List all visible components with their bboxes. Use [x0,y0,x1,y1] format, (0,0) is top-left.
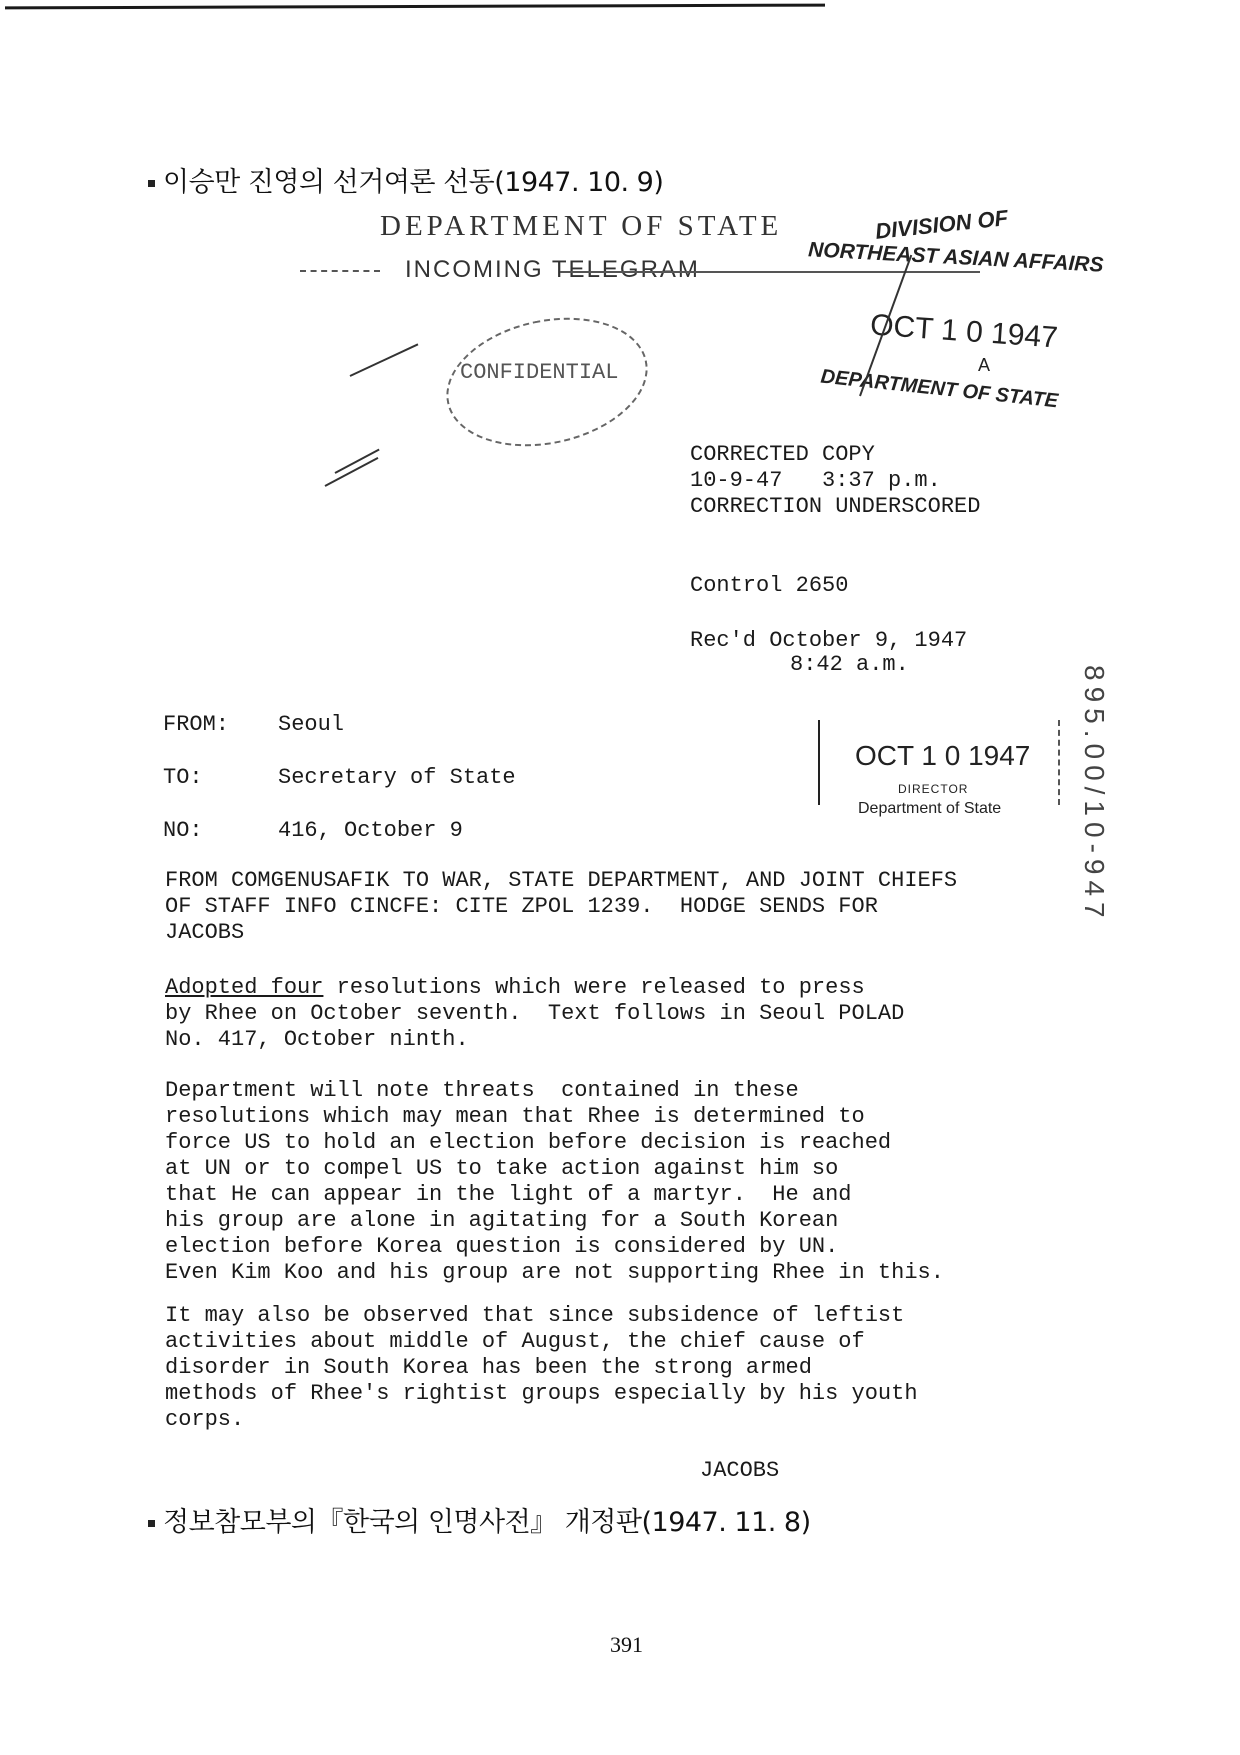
routing-line: OF STAFF INFO CINCFE: CITE ZPOL 1239. HO… [165,894,957,920]
telegram-type: INCOMING TELEGRAM [405,256,700,284]
division-stamp-line1: DIVISION OF [874,205,1009,245]
corrected-datetime-line: 10-9-47 3:37 p.m. [690,468,941,494]
paragraph-2-line: that He can appear in the light of a mar… [165,1182,1085,1208]
paragraph-2-line: force US to hold an election before deci… [165,1130,1085,1156]
header-dash-left [300,270,380,272]
paragraph-3-line: activities about middle of August, the c… [165,1329,1085,1355]
routing-block: FROM COMGENUSAFIK TO WAR, STATE DEPARTME… [165,868,957,946]
paragraph-1-line: resolutions which were released to press [323,975,864,1000]
file-number-vertical: 895.00/10-947 [1078,665,1110,924]
received-time: 8:42 a.m. [790,652,909,678]
department-header: DEPARTMENT OF STATE [380,210,782,243]
received-date: Rec'd October 9, 1947 [690,628,967,654]
to-label: TO: [163,765,203,791]
corrected-copy-line: CORRECTED COPY [690,442,875,468]
paragraph-3-line: It may also be observed that since subsi… [165,1303,1085,1329]
section-heading-top: 이승만 진영의 선거여론 선동(1947. 10. 9) [148,160,663,199]
bullet-square-icon [148,180,155,187]
paragraph-3-line: disorder in South Korea has been the str… [165,1355,1085,1381]
paragraph-2: Department will note threats contained i… [165,1078,1085,1286]
no-value: 416, October 9 [278,818,463,844]
scan-top-edge-line [5,4,825,10]
section-heading-bottom-text: 정보참모부의『한국의 인명사전』 개정판(1947. 11. 8) [163,1507,811,1538]
section-heading-bottom: 정보참모부의『한국의 인명사전』 개정판(1947. 11. 8) [148,1500,811,1539]
division-stamp-date: OCT 1 0 1947 [869,308,1059,355]
director-stamp-date: OCT 1 0 1947 [855,740,1030,772]
director-stamp-org: Department of State [858,800,1001,818]
routing-line: FROM COMGENUSAFIK TO WAR, STATE DEPARTME… [165,868,957,894]
paragraph-1-line: No. 417, October ninth. [165,1027,1085,1053]
bullet-square-icon [148,1520,155,1527]
paragraph-2-line: resolutions which may mean that Rhee is … [165,1104,1085,1130]
from-value: Seoul [278,712,344,738]
paragraph-2-line: at UN or to compel US to take action aga… [165,1156,1085,1182]
correction-underscored-text: Adopted four [165,975,323,1000]
page-number: 391 [610,1632,643,1658]
no-label: NO: [163,818,203,844]
paragraph-2-line: Department will note threats contained i… [165,1078,1085,1104]
paragraph-3: It may also be observed that since subsi… [165,1303,1085,1433]
control-number: Control 2650 [690,573,848,599]
paragraph-3-line: corps. [165,1407,1085,1433]
paragraph-2-line: his group are alone in agitating for a S… [165,1208,1085,1234]
section-heading-top-text: 이승만 진영의 선거여론 선동(1947. 10. 9) [163,167,663,198]
paragraph-2-line: election before Korea question is consid… [165,1234,1085,1260]
division-stamp-mark: A [978,355,990,376]
margin-slash-mark-2 [325,457,379,487]
paragraph-3-line: methods of Rhee's rightist groups especi… [165,1381,1085,1407]
margin-slash-mark [350,343,419,377]
classification-label: CONFIDENTIAL [460,360,618,386]
from-label: FROM: [163,712,229,738]
director-stamp-title: DIRECTOR [898,782,968,796]
paragraph-1: Adopted four resolutions which were rele… [165,975,1085,1053]
to-value: Secretary of State [278,765,516,791]
correction-note-line: CORRECTION UNDERSCORED [690,494,980,520]
paragraph-1-line: by Rhee on October seventh. Text follows… [165,1001,1085,1027]
routing-line: JACOBS [165,920,957,946]
header-strike-line [560,271,980,273]
paragraph-2-line: Even Kim Koo and his group are not suppo… [165,1260,1085,1286]
signature: JACOBS [700,1458,779,1484]
division-stamp-footer: DEPARTMENT OF STATE [819,366,1059,414]
